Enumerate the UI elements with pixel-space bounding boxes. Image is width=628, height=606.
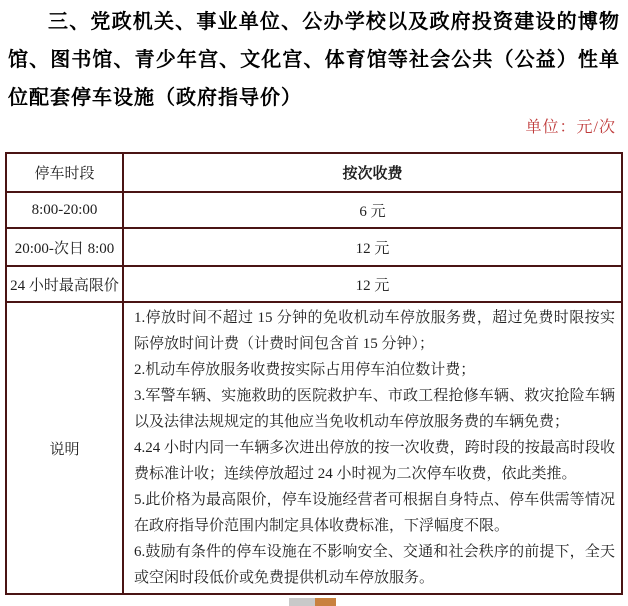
cell-fee-night: 12 元	[123, 228, 622, 266]
note-item: 3.军警车辆、实施救助的医院救护车、市政工程抢修车辆、救灾抢险车辆以及法律法规规…	[134, 383, 615, 435]
note-item: 1.停放时间不超过 15 分钟的免收机动车停放服务费，超过免费时限按实际停放时间…	[134, 305, 615, 357]
note-item: 2.机动车停放服务收费按实际占用停车泊位数计费；	[134, 357, 615, 383]
cell-period-day: 8:00-20:00	[6, 192, 123, 228]
table-row: 24 小时最高限价 12 元	[6, 266, 622, 302]
unit-label: 单位：元/次	[526, 114, 616, 137]
cell-period-cap: 24 小时最高限价	[6, 266, 123, 302]
document-page: 三、党政机关、事业单位、公办学校以及政府投资建设的博物馆、图书馆、青少年宫、文化…	[0, 0, 628, 606]
notes-label-cell: 说明	[6, 302, 123, 594]
table-row: 8:00-20:00 6 元	[6, 192, 622, 228]
fee-table: 停车时段 按次收费 8:00-20:00 6 元 20:00-次日 8:00 1…	[5, 152, 623, 595]
notes-cell: 1.停放时间不超过 15 分钟的免收机动车停放服务费，超过免费时限按实际停放时间…	[123, 302, 622, 594]
cell-period-night: 20:00-次日 8:00	[6, 228, 123, 266]
bottom-bar-orange-segment	[315, 598, 336, 606]
table-row: 20:00-次日 8:00 12 元	[6, 228, 622, 266]
note-item: 4.24 小时内同一车辆多次进出停放的按一次收费，跨时段的按最高时段收费标准计收…	[134, 435, 615, 487]
header-cell-fee: 按次收费	[123, 153, 622, 192]
bottom-cropped-element	[289, 598, 336, 606]
page-title: 三、党政机关、事业单位、公办学校以及政府投资建设的博物馆、图书馆、青少年宫、文化…	[8, 3, 620, 117]
table-notes-row: 说明 1.停放时间不超过 15 分钟的免收机动车停放服务费，超过免费时限按实际停…	[6, 302, 622, 594]
cell-fee-cap: 12 元	[123, 266, 622, 302]
note-item: 6.鼓励有条件的停车设施在不影响安全、交通和社会秩序的前提下，全天或空闲时段低价…	[134, 539, 615, 591]
header-cell-period: 停车时段	[6, 153, 123, 192]
table-header-row: 停车时段 按次收费	[6, 153, 622, 192]
note-item: 5.此价格为最高限价，停车设施经营者可根据自身特点、停车供需等情况在政府指导价范…	[134, 487, 615, 539]
cell-fee-day: 6 元	[123, 192, 622, 228]
bottom-bar-gray-segment	[289, 598, 315, 606]
